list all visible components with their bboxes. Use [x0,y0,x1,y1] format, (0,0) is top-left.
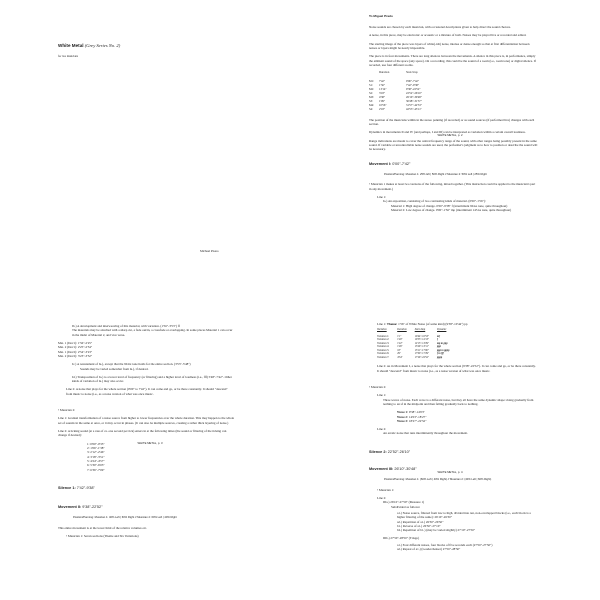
dedication: To Miguel Prado [369,14,538,18]
musician-2-label: • Musician 2: [369,385,538,389]
variation-duration: 4'54" [397,356,415,360]
list-item: a2.) Repeat of a1.) (Louder/denser) 27'5… [397,547,538,551]
list-item: b2.) Repetition of b1.) (may be varied s… [397,528,538,532]
silence-label: Silence 2: [369,450,387,454]
position-panning: Position/Panning: Musician 1: 25% left |… [384,173,538,177]
row-label: S4: [369,108,379,112]
variation-name: Variation 7: [377,356,397,360]
section-iiib: IIIb.) 27'50"-28'50" (Trisgo) [383,536,538,540]
m2-line-2: An erratic noise that runs intermittentl… [383,431,538,435]
page-footer: WHITE METAL, p. 2 [300,134,600,138]
variation-table: Variation Duration Start-Stop Dynamic Va… [377,328,457,359]
movement-1-heading: Movement I: 0'00"-7'42" [369,162,538,167]
row-duration: 2'18" [379,108,406,112]
section-iiia-sub: Subdivided as follows: [391,505,538,509]
paragraph: Noise sounds are chosen by each musician… [369,25,538,29]
silence-2-heading: Silence 2: 22'52"-26'10" [369,450,538,455]
page-footer: WHITE METAL, p. 3 [0,442,300,446]
material-list: Mat. 1 (Dev1): 1'56"-2'25"Mat. 2 (Dev1):… [58,341,234,358]
movement-label: Movement I: [369,162,391,166]
list-item: Mat. 2 (Dev2): 3'23"-3'52" [58,354,234,358]
wave-item: Wave 3: 18'27"-22'52" [397,419,538,423]
iiia-list: a1.) Noise source, filtered from low to … [397,511,538,533]
movement-2-musician-1: • Musician 1: Seven sections (Theme and … [66,534,234,538]
line-1-label: Line 1: [377,322,386,326]
theme-line: Line 1: Theme: 1'56" of White Noise (of … [377,322,538,326]
section-id: Id.) Transposition of Ia.) to a lower le… [72,375,234,384]
musician-2-label: • Musician 2: [58,408,234,412]
document-title: White Metal (Grey Series No. 2) [58,43,240,49]
author: Michael Pisaro [200,249,219,253]
variation-start-stop: 17'29"-22'52" [415,356,437,360]
title-bold: White Metal [58,43,84,48]
list-item: a1.) Noise source, filtered from low to … [397,511,538,520]
paragraph: A noise, in this piece, may be electroni… [369,33,538,37]
movement-time: 9'38"-22'52" [82,505,102,509]
page-footer: WHITE METAL, p. 4 [300,471,600,475]
paragraph: The starting image of the piece was laye… [369,42,538,51]
page-3: Ib.) A development and interweaving of t… [0,300,300,600]
musician-2-line-2: Line 2: A ticking sound (at a rate of ca… [58,429,234,438]
tick-list: 1: 0'00"-0'35"2: 1'06"-1'38"3: 2'12"-2'4… [87,442,234,472]
table-row: Variation 7:4'54"17'29"-22'52"pppp [377,356,457,360]
line-2: Line 2: As in Movement I, a noise that p… [377,364,538,373]
movement-3-musician-1: • Musician 1: [377,488,538,492]
wave-time: 18'27"-22'52" [409,419,427,423]
musician-1-instruction: • Musician 1 makes at least two versions… [369,182,538,191]
movement-label: Movement II: [58,505,81,509]
theme-text: 1'56" of White Noise (of some kind) (9'3… [398,322,467,326]
page-1: White Metal (Grey Series No. 2) for two … [0,0,300,300]
table-row: S4:2'18"42'53"-45'11" [369,108,422,112]
page-2: To Miguel Prado Noise sounds are chosen … [300,0,600,300]
position-panning: Position/Panning: Musician 1: (60% Left … [384,478,538,482]
section-ic-note: Sounds may be varied somewhat from Ia.),… [80,367,234,371]
duration-table: Duration Start-Stop M1:7'42"0'00"-7'42"S… [369,71,422,111]
list-item: 7: 6'36"-7'09" [87,468,234,472]
subtitle: for two musicians [58,55,240,59]
theme-label: Theme: [387,322,397,326]
movement-time: 0'00"-7'42" [392,162,410,166]
wave-list: Wave 1: 9'38"-14'03"Wave 2: 14'03"-18'27… [397,410,538,423]
movement-2-text: This entire movement is at the lower lim… [58,526,234,530]
page-4: Line 1: Theme: 1'56" of White Noise (of … [300,300,600,600]
position-panning: Position/Panning: Musician 1: 40% Left |… [73,516,234,520]
paragraph: The position of the musicians within in … [369,118,538,127]
section-ib-note: The materials may be attached with a sha… [72,328,234,337]
silence-time: 7'42"-9'38" [77,486,95,490]
silence-1-heading: Silence 1: 7'42"-9'38" [58,486,234,491]
row-start-stop: 42'53"-45'11" [406,108,422,112]
paragraph: The piece is in four movements. There ar… [369,54,538,67]
paragraph: Range indications are meant to cover the… [369,139,538,152]
title-series: (Grey Series No. 2) [85,43,121,48]
material-2: Material 2: Low degree of change. 0'00"-… [391,208,538,212]
musician-2-line-1: Line 1: Gradual transformation of a nois… [58,416,234,425]
silence-label: Silence 1: [58,486,76,490]
variation-dynamic: pppp [437,356,457,360]
m2-line-1: Three waves of noise. Each wave is a dif… [383,398,538,407]
wave-label: Wave 3: [397,419,408,423]
line-2: Line 2: A noise that plays for the whole… [66,387,234,396]
movement-2-heading: Movement II: 9'38"-22'52" [58,505,234,510]
silence-time: 22'52"-26'10" [388,450,410,454]
iiib-list: a1.) Four different noises, four blocks … [397,543,538,552]
